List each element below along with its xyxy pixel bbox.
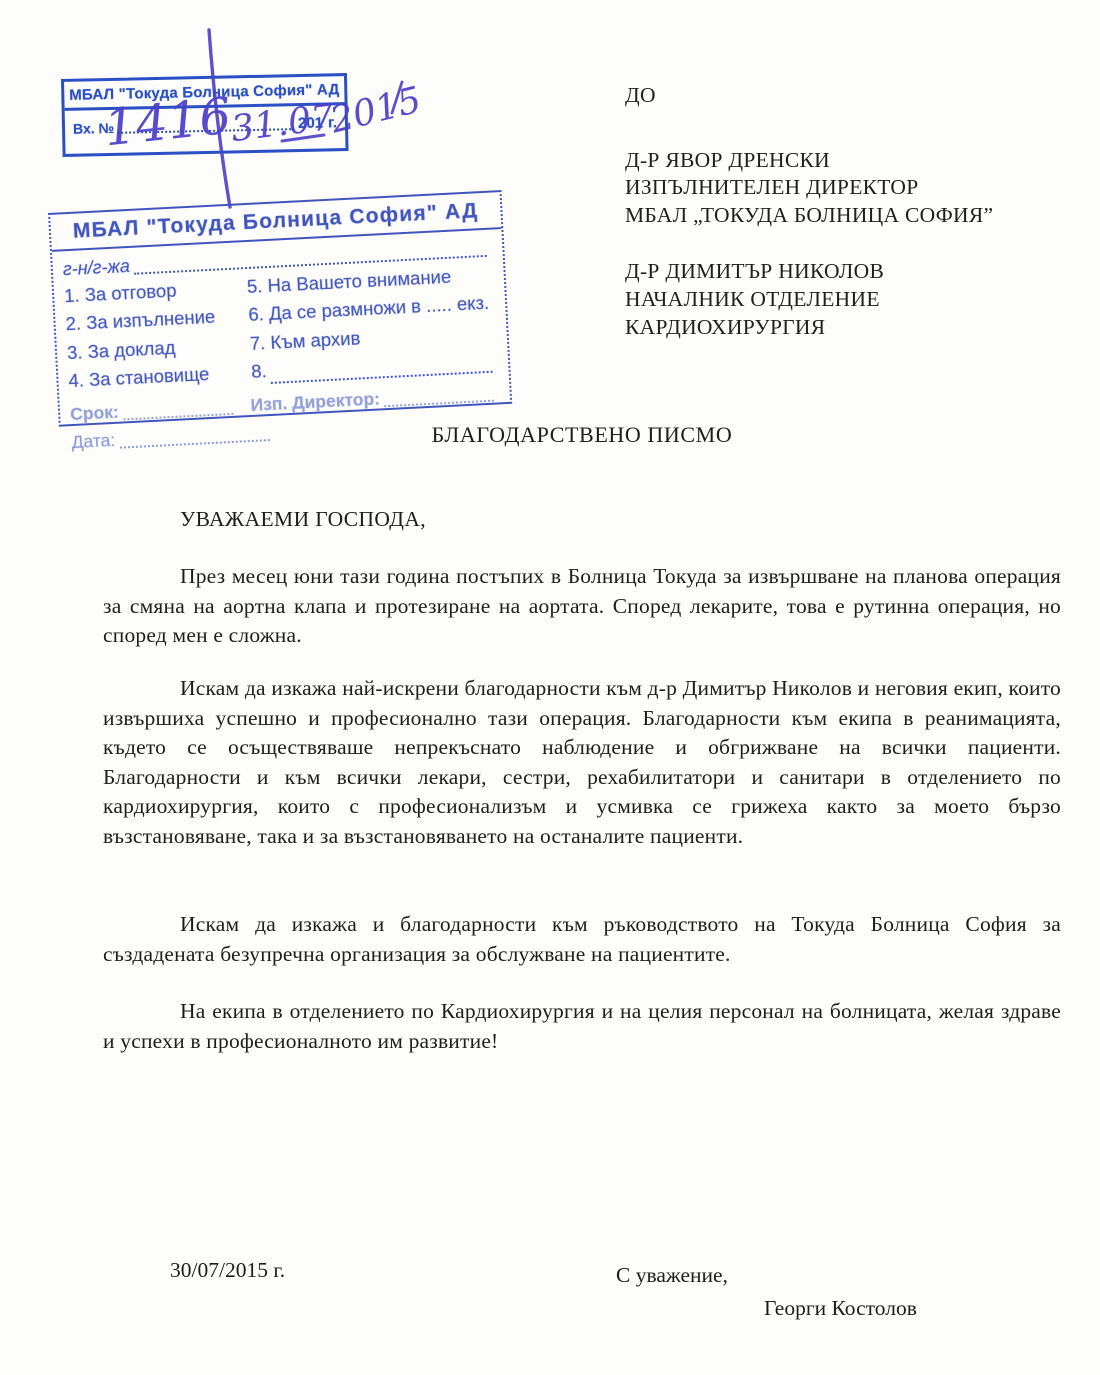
- paragraph: На екипа в отделението по Кардиохирургия…: [103, 997, 1061, 1056]
- dotted-line: [383, 382, 494, 407]
- routing-stamp: МБАЛ "Токуда Болница София" АД г-н/г-жа …: [48, 190, 512, 427]
- recipient-dept: КАРДИОХИРУРГИЯ: [625, 314, 993, 342]
- dotted-line: [270, 352, 492, 384]
- paragraph: През месец юни тази година постъпих в Бо…: [103, 562, 1061, 651]
- salutation: УВАЖАЕМИ ГОСПОДА,: [180, 505, 426, 535]
- recipient-name: Д-Р ЯВОР ДРЕНСКИ: [625, 147, 993, 175]
- signature: Георги Костолов: [764, 1294, 917, 1324]
- addressee-label: г-н/г-жа: [62, 255, 130, 279]
- closing: С уважение,: [616, 1261, 728, 1291]
- recipient-title: НАЧАЛНИК ОТДЕЛЕНИЕ: [625, 286, 993, 314]
- paragraph: Искам да изкажа и благодарности към ръко…: [103, 910, 1061, 969]
- recipient-to-label: ДО: [625, 82, 993, 110]
- recipient-name: Д-Р ДИМИТЪР НИКОЛОВ: [625, 258, 993, 286]
- recipient-title: ИЗПЪЛНИТЕЛЕН ДИРЕКТОР: [625, 174, 993, 202]
- exec-director-label: Изп. Директор:: [250, 388, 380, 416]
- letter-date: 30/07/2015 г.: [170, 1256, 285, 1286]
- recipient-org: МБАЛ „ТОКУДА БОЛНИЦА СОФИЯ”: [625, 202, 993, 230]
- paragraph: Искам да изкажа най-искрени благодарност…: [103, 674, 1061, 852]
- recipient-block: ДО Д-Р ЯВОР ДРЕНСКИ ИЗПЪЛНИТЕЛЕН ДИРЕКТО…: [625, 82, 993, 341]
- dotted-line: [122, 395, 233, 420]
- deadline-label: Срок:: [70, 402, 120, 425]
- date-label: Дата:: [71, 429, 116, 452]
